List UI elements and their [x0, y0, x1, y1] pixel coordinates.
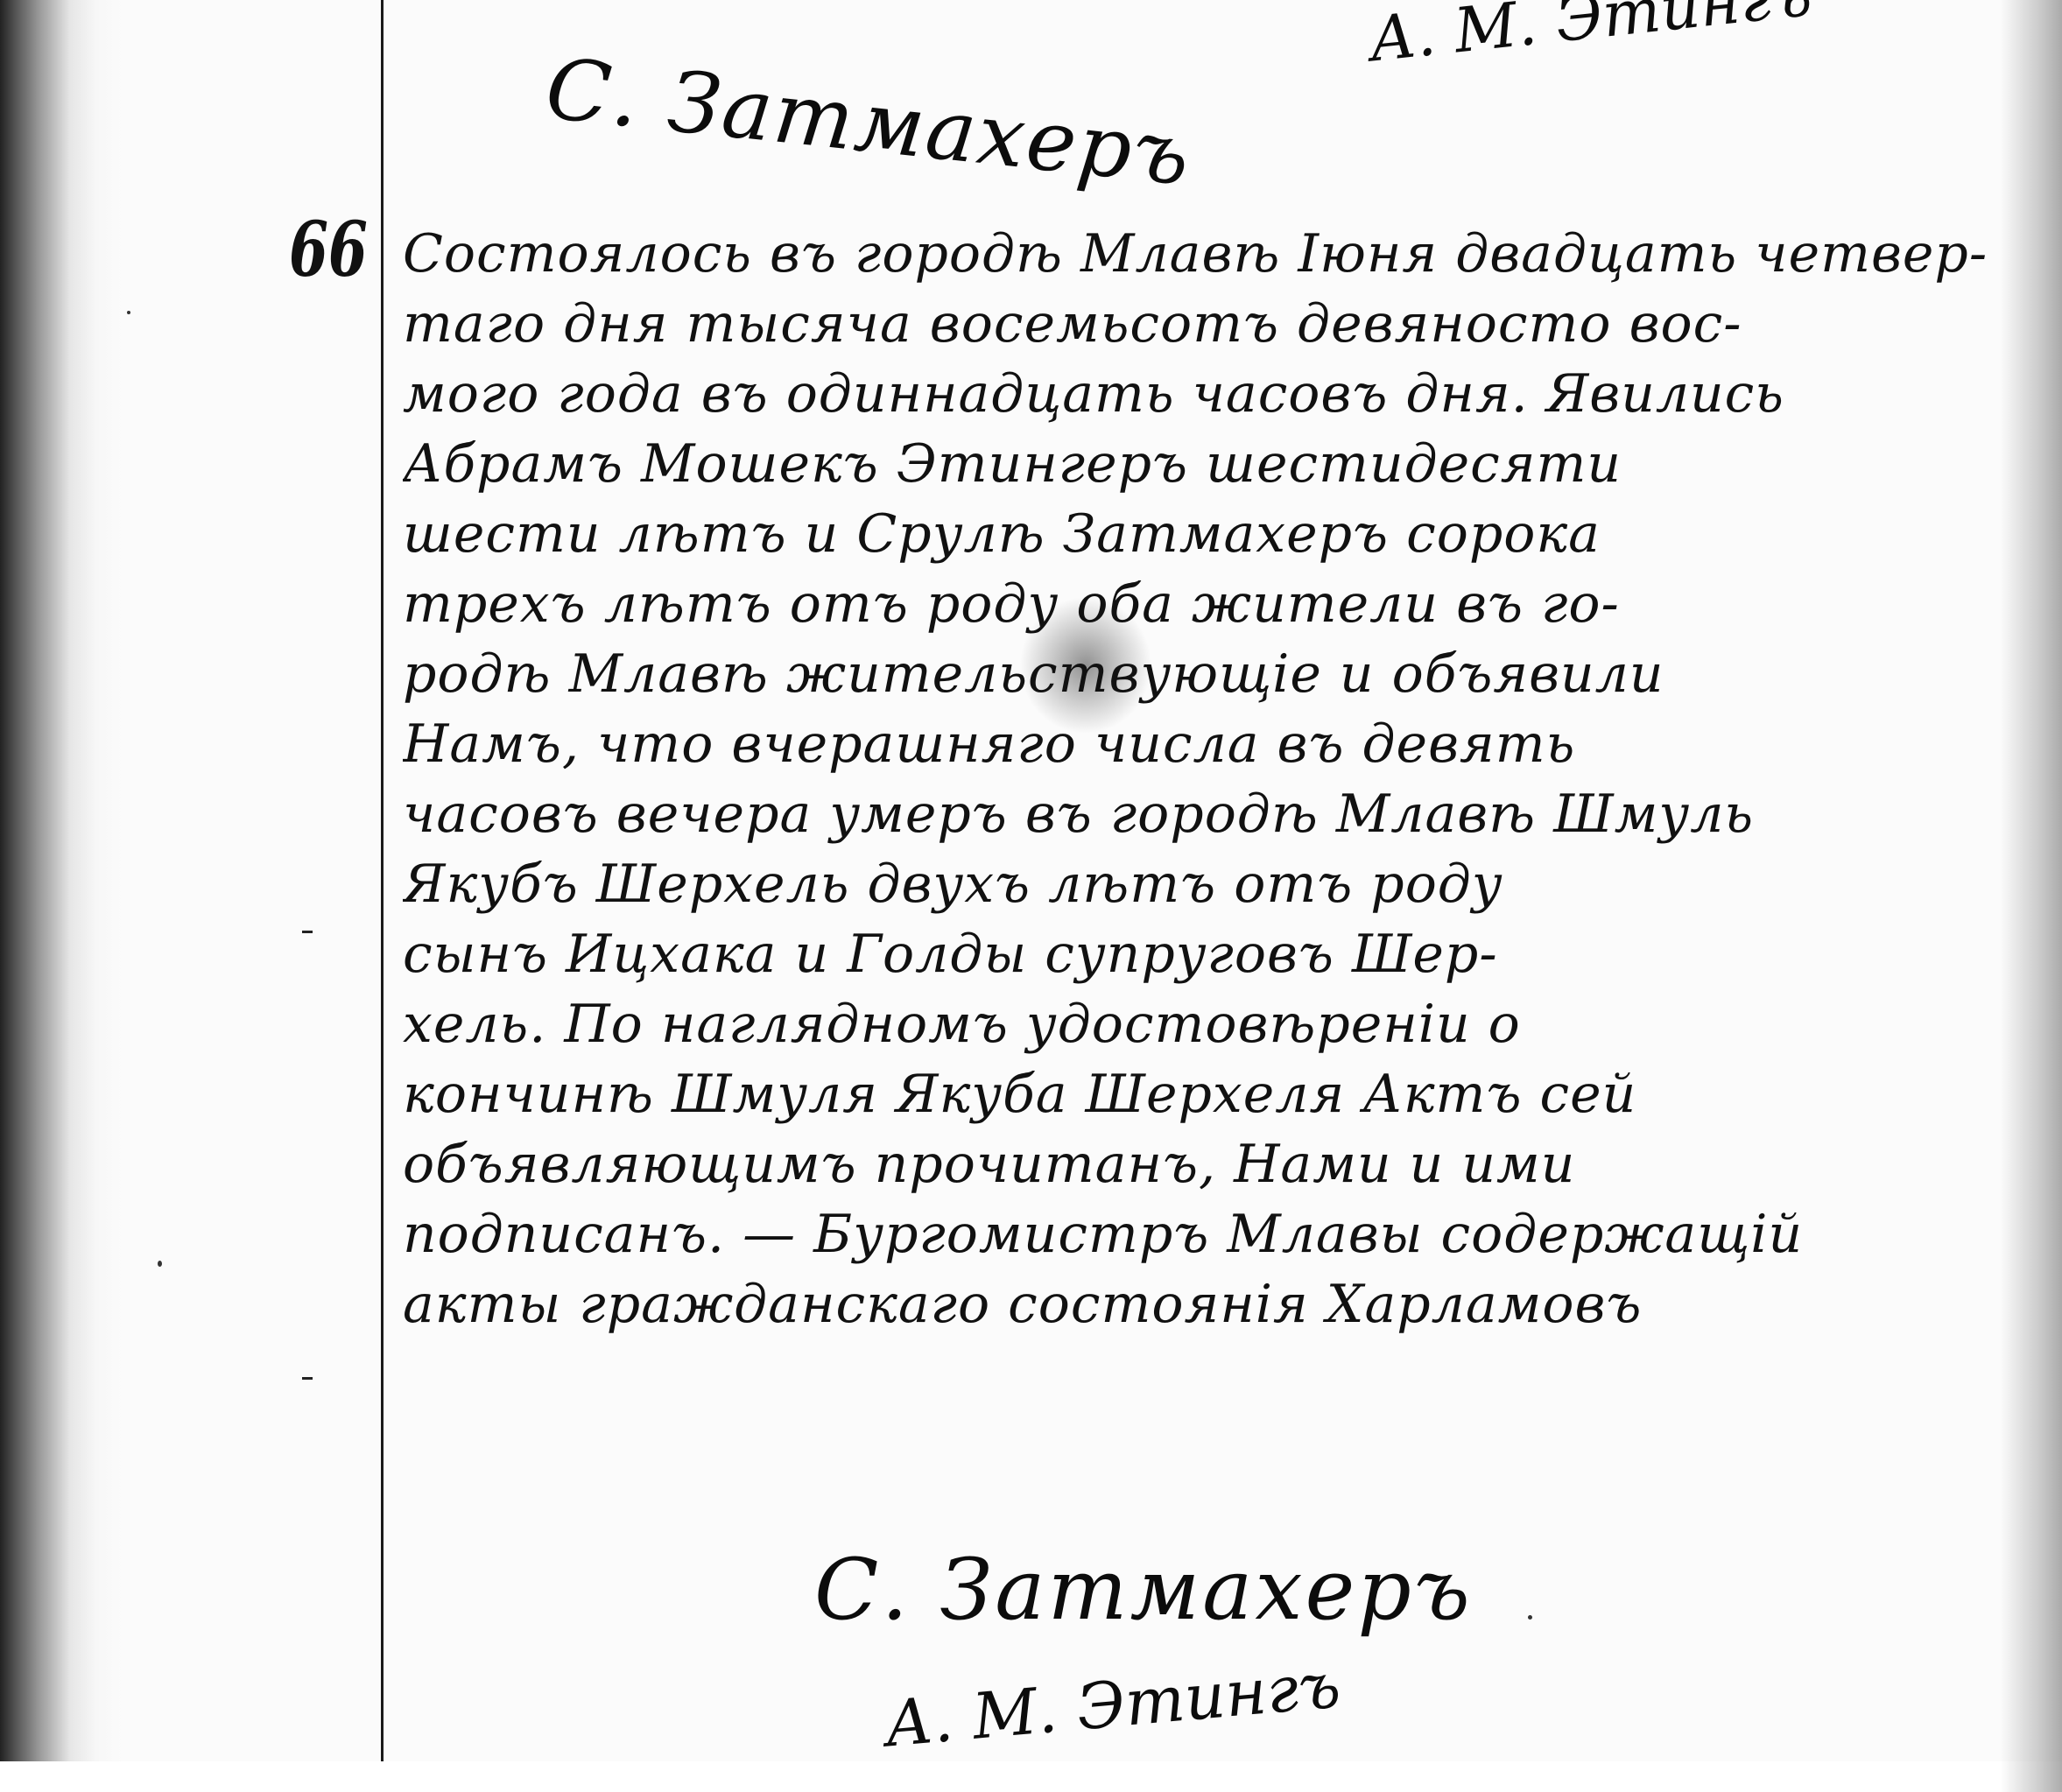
record-body: Состоялось въ городѣ Млавѣ Іюня двадцать… — [403, 219, 2005, 1339]
text-line: трехъ лѣтъ отъ роду оба жители въ го- — [403, 569, 2005, 639]
text-line: Намъ, что вчерашняго числа въ девять — [403, 709, 2005, 779]
margin-rule — [381, 0, 384, 1764]
margin-tick — [302, 1377, 313, 1380]
signature-bottom-2: А. М. Этингъ — [882, 1648, 1343, 1760]
text-line: объявляющимъ прочитанъ, Нами и ими — [403, 1129, 2005, 1199]
text-line: сынъ Ицхака и Голды супруговъ Шер- — [403, 919, 2005, 989]
text-line: акты гражданскаго состоянія Харламовъ — [403, 1269, 2005, 1339]
scan-speck — [158, 1261, 162, 1267]
text-line: Состоялось въ городѣ Млавѣ Іюня двадцать… — [403, 219, 2005, 289]
signature-bottom-1: С. Затмахеръ — [814, 1541, 1473, 1639]
scan-speck — [1528, 1615, 1532, 1620]
signature-top-right: А. М. Этингъ — [1366, 0, 1815, 76]
scan-bottom-margin — [0, 1761, 2062, 1792]
text-line: кончинѣ Шмуля Якуба Шерхеля Актъ сей — [403, 1059, 2005, 1129]
record-number: 66 — [289, 206, 368, 294]
text-line: Абрамъ Мошекъ Этингеръ шестидесяти — [403, 429, 2005, 499]
text-line: подписанъ. — Бургомистръ Млавы содержащі… — [403, 1199, 2005, 1269]
text-line: часовъ вечера умеръ въ городѣ Млавѣ Шмул… — [403, 779, 2005, 849]
text-line: хель. По наглядномъ удостовѣреніи о — [403, 989, 2005, 1059]
margin-tick — [302, 931, 313, 933]
text-line: шести лѣтъ и Срулѣ Затмахеръ сорока — [403, 499, 2005, 569]
text-line: родѣ Млавѣ жительствующіе и объявили — [403, 639, 2005, 709]
text-line: мого года въ одиннадцать часовъ дня. Яви… — [403, 359, 2005, 429]
signature-top-left: С. Затмахеръ — [541, 39, 1195, 205]
text-line: Якубъ Шерхель двухъ лѣтъ отъ роду — [403, 849, 2005, 919]
scanned-page: С. Затмахеръ А. М. Этингъ 66 Состоялось … — [0, 0, 2062, 1792]
scan-speck — [127, 311, 130, 314]
text-line: таго дня тысяча восемьсотъ девяносто вос… — [403, 289, 2005, 359]
